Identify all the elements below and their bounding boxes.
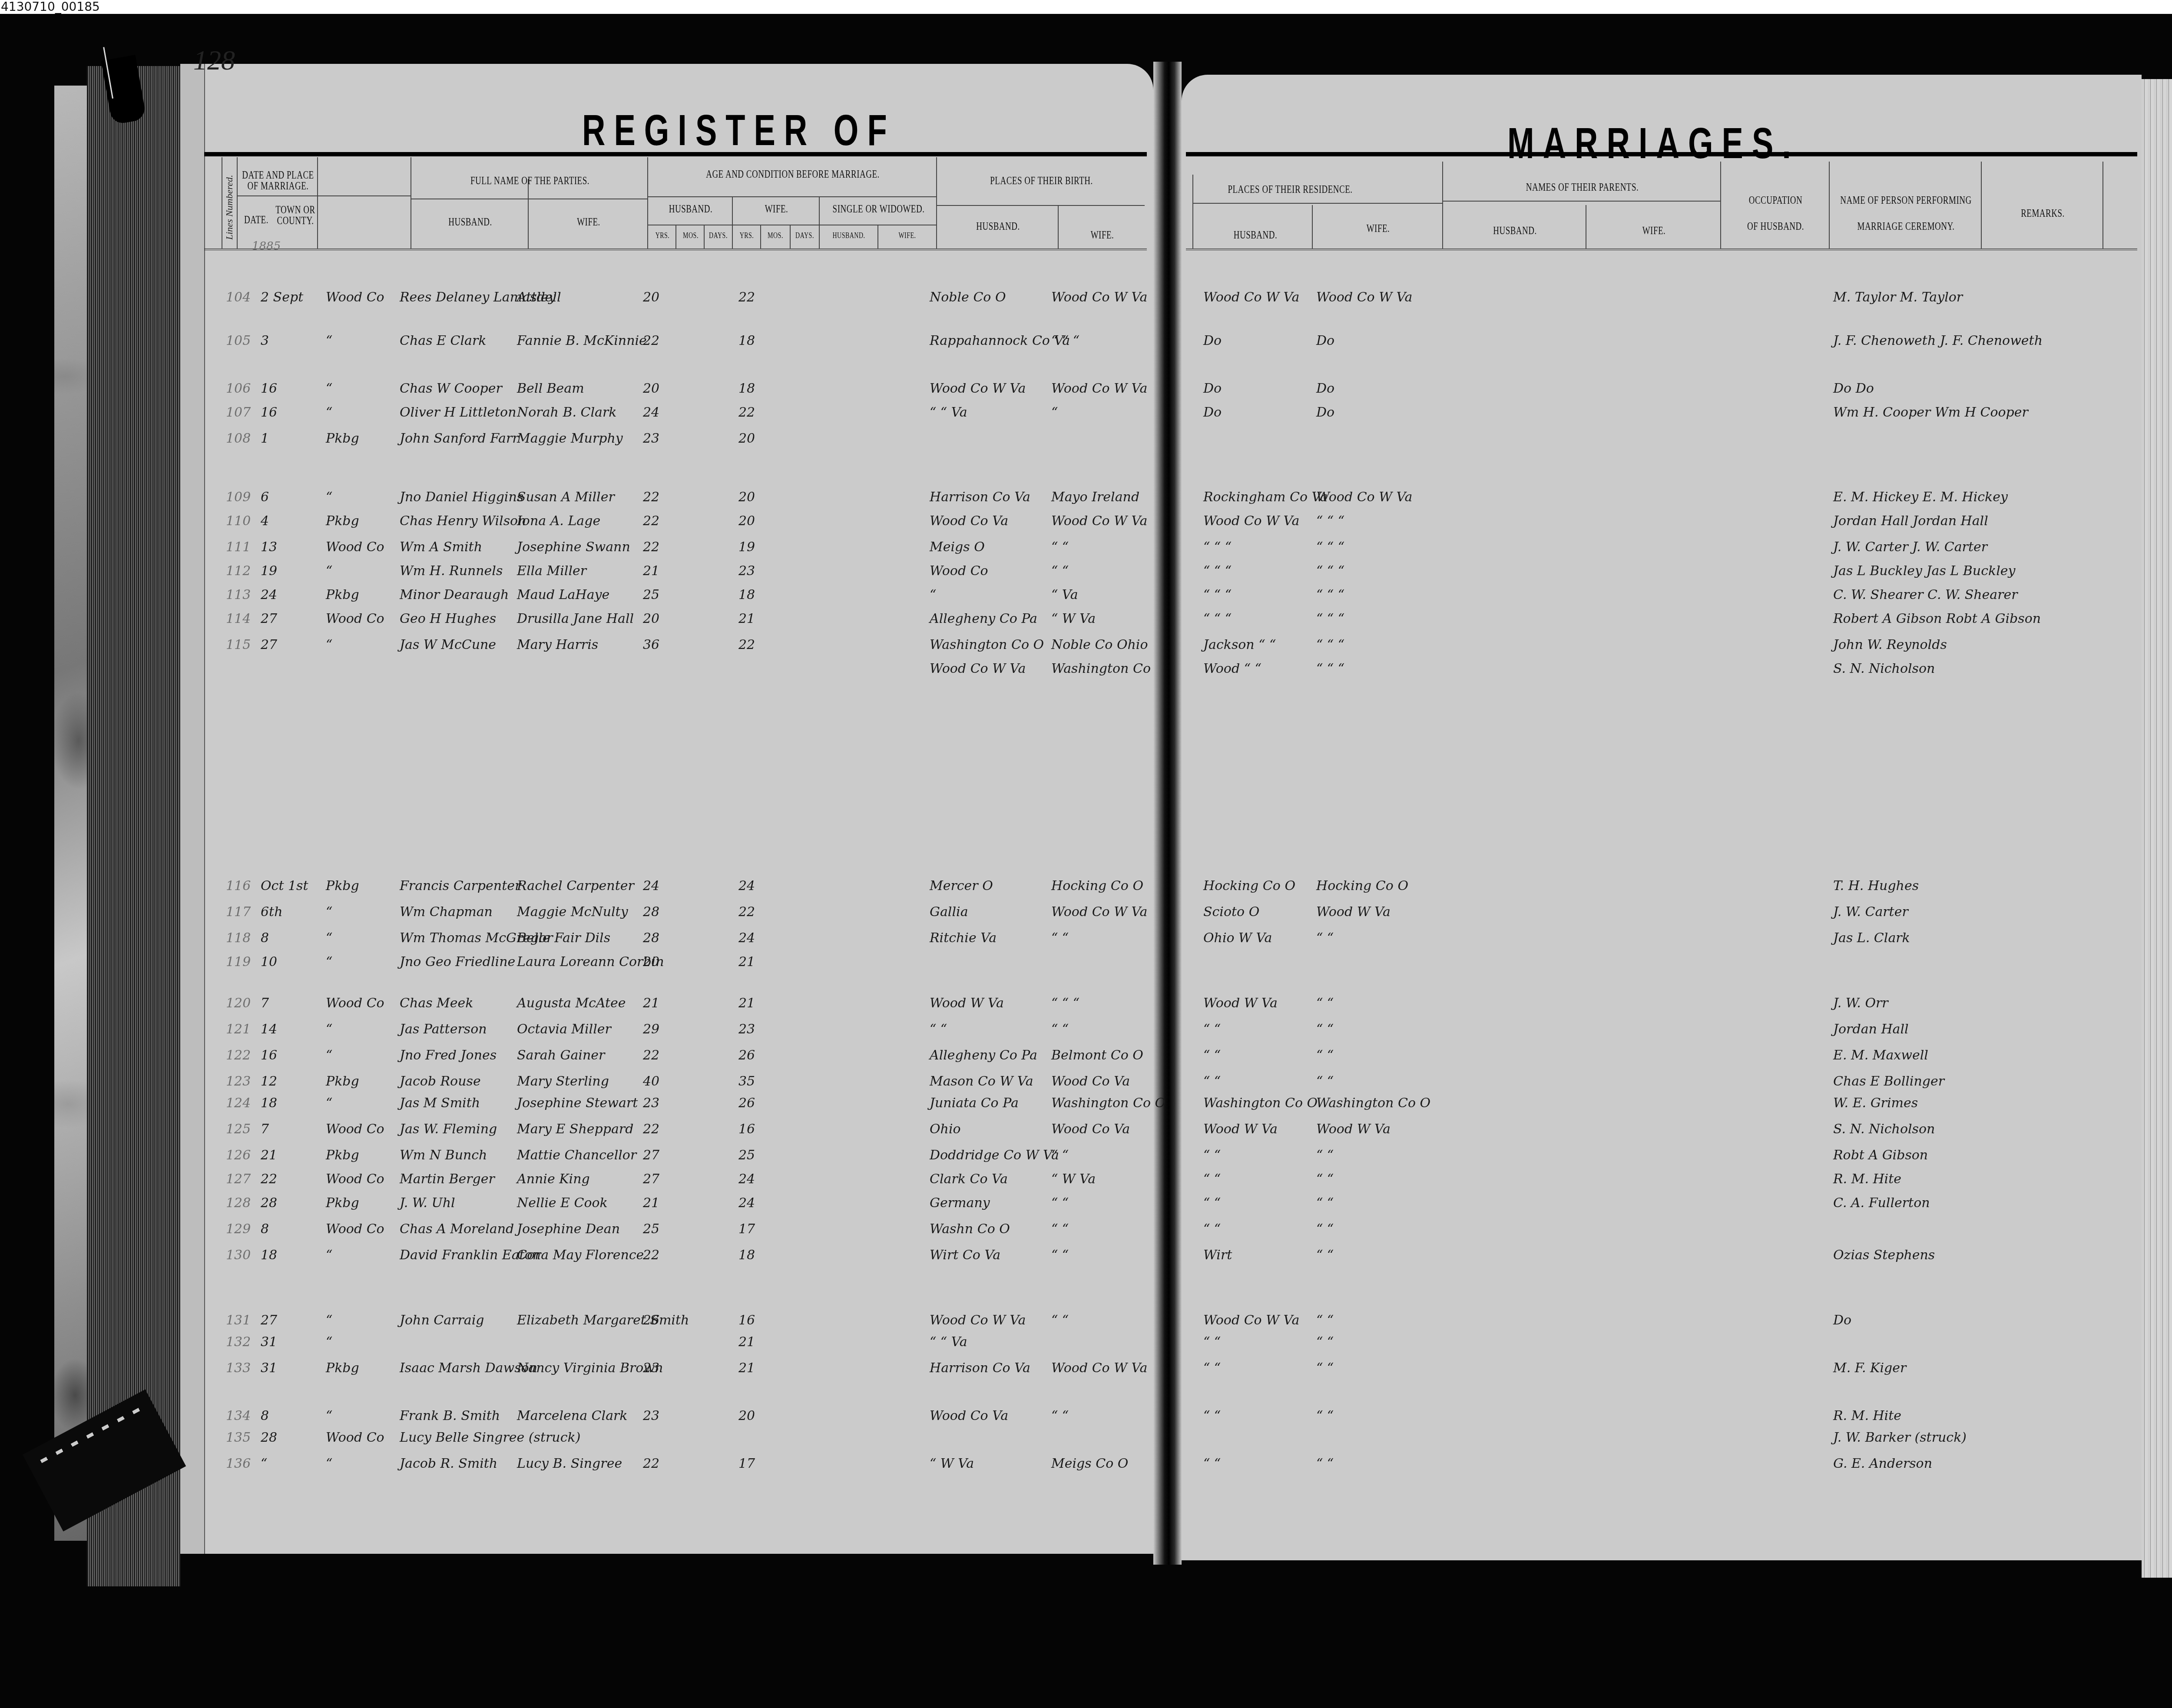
entry-wife-age: 24 <box>738 1195 755 1211</box>
entry-wife: Iona A. Lage <box>517 513 600 529</box>
entry-wife: Maggie McNulty <box>517 904 628 920</box>
entry-husband-residence: “ “ <box>1203 1456 1221 1471</box>
entry-wife: Maggie Murphy <box>517 431 623 446</box>
entry-husband-residence: Do <box>1203 381 1222 396</box>
entry-officiant: Ozias Stephens <box>1833 1248 1935 1263</box>
entry-wife-residence: “ “ “ <box>1316 540 1344 555</box>
entry-husband-age: 20 <box>643 381 659 396</box>
entry-place: “ <box>326 1408 332 1423</box>
year: 1885 <box>252 240 281 253</box>
col-divider <box>1442 162 1443 248</box>
header-rule-top-right <box>1186 152 2137 156</box>
entry-wife-age: 18 <box>738 587 755 602</box>
book-gutter <box>1153 62 1182 1565</box>
entry-husband-age: 22 <box>643 1248 659 1263</box>
entry-wife-birthplace: Wood Co W Va <box>1051 513 1147 529</box>
line-number: 105 <box>226 333 251 348</box>
entry-date: 13 <box>261 540 277 555</box>
header-birth-places: PLACES OF THEIR BIRTH. <box>938 175 1145 187</box>
entry-wife: Octavia Miller <box>517 1022 611 1037</box>
entry-husband-age: 24 <box>643 405 659 420</box>
entry-husband-residence: “ “ “ <box>1203 587 1232 602</box>
entry-wife: Susan A Miller <box>517 490 615 505</box>
entry-wife-residence: “ “ <box>1316 1048 1334 1063</box>
entry-wife-residence: “ “ <box>1316 1195 1334 1211</box>
entry-husband-residence: Wood Co W Va <box>1203 1313 1299 1328</box>
entry-wife-birthplace: “ Va <box>1051 587 1078 602</box>
entry-wife-birthplace: “ “ <box>1051 540 1069 555</box>
entry-husband-birthplace: “ “ <box>930 1022 947 1037</box>
entry-wife-residence: “ “ <box>1316 930 1334 946</box>
entry-wife: Belle Fair Dils <box>517 930 610 946</box>
page-stack-right <box>2142 79 2172 1578</box>
entry-wife-birthplace: Wood Co W Va <box>1051 290 1147 305</box>
line-number: 127 <box>226 1172 251 1187</box>
entry-date: 18 <box>261 1248 277 1263</box>
entry-husband-age: 22 <box>643 490 659 505</box>
entry-wife: Nancy Virginia Brown <box>517 1360 663 1376</box>
entry-date: 28 <box>261 1430 277 1445</box>
entry-husband-residence: Wood “ “ <box>1203 661 1261 676</box>
entry-husband: Chas Meek <box>400 996 473 1011</box>
entry-wife-birthplace: “ “ <box>1051 563 1069 579</box>
entry-place: “ <box>326 904 332 920</box>
entry-husband-age: 23 <box>643 431 659 446</box>
entry-place: Wood Co <box>326 1122 384 1137</box>
entry-husband-age: 20 <box>643 611 659 626</box>
header-town-county: TOWN OR COUNTY. <box>274 204 317 226</box>
header-age-wife: WIFE. <box>734 204 819 215</box>
entry-date: 16 <box>261 381 277 396</box>
entry-date: 8 <box>261 930 269 946</box>
entry-husband-residence: Hocking Co O <box>1203 878 1295 894</box>
line-number: 109 <box>226 490 251 505</box>
entry-officiant: W. E. Grimes <box>1833 1096 1918 1111</box>
entry-wife-residence: “ “ <box>1316 1172 1334 1187</box>
header-residence: PLACES OF THEIR RESIDENCE. <box>1199 184 1381 195</box>
col-divider <box>1192 175 1193 248</box>
entry-wife: Augusta McAtee <box>517 996 626 1011</box>
entry-husband-residence: Wood W Va <box>1203 1122 1278 1137</box>
line-number: 111 <box>226 540 251 555</box>
entry-date: 6th <box>261 904 282 920</box>
entry-husband: Jas Patterson <box>400 1022 487 1037</box>
entry-wife-birthplace: Hocking Co O <box>1051 878 1143 894</box>
entry-wife-residence: Wood W Va <box>1316 1122 1391 1137</box>
entry-husband-birthplace: Wood Co Va <box>930 1408 1008 1423</box>
entry-place: “ <box>326 954 332 970</box>
entry-place: “ <box>326 1096 332 1111</box>
entry-husband: Chas W Cooper <box>400 381 502 396</box>
entry-husband: John Carraig <box>400 1313 484 1328</box>
entry-husband-residence: “ “ <box>1203 1074 1221 1089</box>
entry-husband-residence: Wirt <box>1203 1248 1232 1263</box>
entry-wife-residence: “ “ <box>1316 1408 1334 1423</box>
entry-husband-age: 23 <box>643 1360 659 1376</box>
line-number: 128 <box>226 1195 251 1211</box>
entry-wife: Josephine Dean <box>517 1221 620 1237</box>
entry-officiant: C. W. Shearer C. W. Shearer <box>1833 587 2018 602</box>
entry-husband-age: 28 <box>643 904 659 920</box>
entry-husband-residence: “ “ <box>1203 1048 1221 1063</box>
entry-husband-birthplace: Wood Co W Va <box>930 661 1026 676</box>
line-number: 104 <box>226 290 251 305</box>
entry-date: 22 <box>261 1172 277 1187</box>
entry-husband: Frank B. Smith <box>400 1408 500 1423</box>
entry-wife-birthplace: “ “ <box>1051 1148 1069 1163</box>
entry-husband-birthplace: Mason Co W Va <box>930 1074 1033 1089</box>
entry-husband-birthplace: Ritchie Va <box>930 930 997 946</box>
line-number: 119 <box>226 954 251 970</box>
line-number: 122 <box>226 1048 251 1063</box>
entry-officiant: C. A. Fullerton <box>1833 1195 1930 1211</box>
entry-date: 27 <box>261 1313 277 1328</box>
entry-husband-birthplace: Ohio <box>930 1122 961 1137</box>
entry-officiant: J. F. Chenoweth J. F. Chenoweth <box>1833 333 2043 348</box>
entry-husband-residence: Do <box>1203 405 1222 420</box>
entry-husband-residence: “ “ <box>1203 1334 1221 1350</box>
entry-wife-age: 21 <box>738 996 755 1011</box>
entry-wife: Cora May Florence <box>517 1248 644 1263</box>
entry-place: Pkbg <box>326 587 359 602</box>
entry-wife: Ella Miller <box>517 563 586 579</box>
col-divider <box>2102 162 2103 248</box>
entry-husband: Wm A Smith <box>400 540 482 555</box>
entry-wife-age: 23 <box>738 1022 755 1037</box>
entry-husband-residence: Rockingham Co Va <box>1203 490 1328 505</box>
line-number: 110 <box>226 513 251 529</box>
header-performer-2: MARRIAGE CEREMONY. <box>1831 221 1981 232</box>
line-number: 136 <box>226 1456 251 1471</box>
entry-date: 2 Sept <box>261 290 303 305</box>
entry-wife-residence: Hocking Co O <box>1316 878 1408 894</box>
header-performer: NAME OF PERSON PERFORMING <box>1831 195 1981 206</box>
entry-wife-birthplace: Wood Co Va <box>1051 1122 1130 1137</box>
entry-husband-residence: “ “ <box>1203 1022 1221 1037</box>
header-birth-husband: HUSBAND. <box>938 221 1058 232</box>
entry-husband-birthplace: Noble Co O <box>930 290 1006 305</box>
line-number: 108 <box>226 431 251 446</box>
entry-wife-residence: Do <box>1316 405 1334 420</box>
entry-wife-residence: “ “ <box>1316 1360 1334 1376</box>
entry-place: “ <box>326 1313 332 1328</box>
col-divider <box>1981 162 1982 248</box>
line-number: 131 <box>226 1313 251 1328</box>
entry-date: 10 <box>261 954 277 970</box>
entry-place: “ <box>326 1248 332 1263</box>
entry-place: “ <box>326 637 332 652</box>
entry-wife: Maud LaHaye <box>517 587 609 602</box>
entry-wife-age: 22 <box>738 904 755 920</box>
line-number: 130 <box>226 1248 251 1263</box>
header-parents-wife: WIFE. <box>1588 225 1720 237</box>
entry-wife-residence: “ “ <box>1316 996 1334 1011</box>
entry-officiant: Robert A Gibson Robt A Gibson <box>1833 611 2041 626</box>
entry-wife: Mary Harris <box>517 637 598 652</box>
entry-husband-birthplace: Wood W Va <box>930 996 1004 1011</box>
entry-husband-age: 27 <box>643 1172 659 1187</box>
entry-husband-age: 22 <box>643 1456 659 1471</box>
entry-wife-residence: “ “ <box>1316 1022 1334 1037</box>
line-number: 107 <box>226 405 251 420</box>
entry-wife: Bell Beam <box>517 381 584 396</box>
entry-wife: Nellie E Cook <box>517 1195 608 1211</box>
row-divider <box>237 195 411 196</box>
entry-wife-birthplace: “ “ <box>1051 1248 1069 1263</box>
entry-wife-age: 19 <box>738 540 755 555</box>
entry-wife-birthplace: “ “ <box>1051 1408 1069 1423</box>
entry-wife-age: 24 <box>738 930 755 946</box>
entry-wife-residence: “ “ “ <box>1316 637 1344 652</box>
entry-wife-age: 18 <box>738 381 755 396</box>
entry-officiant: Jordan Hall <box>1833 1022 1909 1037</box>
entry-officiant: Do <box>1833 1313 1851 1328</box>
entry-husband-residence: Wood Co W Va <box>1203 290 1299 305</box>
header-sw-husband: Husband. <box>820 232 877 241</box>
entry-date: 19 <box>261 563 277 579</box>
entry-husband-age: 23 <box>643 1408 659 1423</box>
entry-wife-residence: Do <box>1316 381 1334 396</box>
entry-wife: Josephine Swann <box>517 540 630 555</box>
entry-husband-birthplace: Wirt Co Va <box>930 1248 1000 1263</box>
header-days-wife: Days. <box>791 232 819 241</box>
entry-officiant: T. H. Hughes <box>1833 878 1919 894</box>
header-age-condition: AGE AND CONDITION BEFORE MARRIAGE. <box>649 169 936 180</box>
entry-officiant: Robt A Gibson <box>1833 1148 1928 1163</box>
entry-date: 21 <box>261 1148 277 1163</box>
line-number: 117 <box>226 904 251 920</box>
header-yrs-wife: Yrs. <box>733 232 760 241</box>
entry-husband-residence: “ “ “ <box>1203 611 1232 626</box>
entry-husband-birthplace: “ “ Va <box>930 405 967 420</box>
line-number: 114 <box>226 611 251 626</box>
header-occupation: OCCUPATION <box>1722 195 1829 206</box>
row-divider <box>411 199 647 199</box>
entry-officiant: J. W. Carter J. W. Carter <box>1833 540 1987 555</box>
line-number: 129 <box>226 1221 251 1237</box>
header-rule-bottom-left <box>204 248 1147 250</box>
entry-wife-birthplace: “ <box>1051 405 1058 420</box>
entry-date: 27 <box>261 637 277 652</box>
page-title-left: REGISTER OF <box>582 105 896 155</box>
entry-date: 16 <box>261 1048 277 1063</box>
line-number: 135 <box>226 1430 251 1445</box>
entry-wife: Drusilla Jane Hall <box>517 611 634 626</box>
entry-wife-birthplace: “ W Va <box>1051 1172 1096 1187</box>
entry-husband-birthplace: “ “ Va <box>930 1334 967 1350</box>
entry-wife-age: 20 <box>738 513 755 529</box>
entry-husband-age: 20 <box>643 954 659 970</box>
col-divider <box>411 157 411 248</box>
col-divider <box>1720 162 1721 248</box>
entry-wife-birthplace: Wood Co W Va <box>1051 904 1147 920</box>
header-husband: HUSBAND. <box>413 217 528 228</box>
entry-husband-residence: Wood W Va <box>1203 996 1278 1011</box>
entry-wife-residence: “ “ “ <box>1316 587 1344 602</box>
entry-husband: Oliver H Littleton <box>400 405 516 420</box>
entry-husband-birthplace: Meigs O <box>930 540 985 555</box>
entry-wife-age: 21 <box>738 1334 755 1350</box>
line-number: 133 <box>226 1360 251 1376</box>
entry-husband-birthplace: Washn Co O <box>930 1221 1010 1237</box>
entry-husband-residence: “ “ <box>1203 1360 1221 1376</box>
header-lines-numbered: Lines Numbered. <box>224 175 235 240</box>
row-divider <box>647 196 936 197</box>
entry-husband: Wm N Bunch <box>400 1148 487 1163</box>
entry-officiant: E. M. Maxwell <box>1833 1048 1928 1063</box>
entry-wife-age: 23 <box>738 563 755 579</box>
entry-place: “ <box>326 405 332 420</box>
entry-date: 8 <box>261 1221 269 1237</box>
file-label: 4130710_00185 <box>0 0 2172 14</box>
col-divider <box>222 157 222 248</box>
entry-husband-age: 20 <box>643 290 659 305</box>
entry-officiant: M. Taylor M. Taylor <box>1833 290 1963 305</box>
entry-date: 6 <box>261 490 269 505</box>
line-number: 126 <box>226 1148 251 1163</box>
entry-wife-residence: “ “ <box>1316 1334 1334 1350</box>
entry-place: “ <box>326 490 332 505</box>
entry-husband: John Sanford Farr <box>400 431 519 446</box>
entry-husband-birthplace: “ <box>930 587 936 602</box>
entry-husband-residence: Ohio W Va <box>1203 930 1272 946</box>
line-number: 121 <box>226 1022 251 1037</box>
entry-husband-residence: Scioto O <box>1203 904 1259 920</box>
entry-wife-age: 35 <box>738 1074 755 1089</box>
entry-wife-age: 26 <box>738 1048 755 1063</box>
entry-wife-birthplace: “ “ <box>1051 1313 1069 1328</box>
entry-place: “ <box>326 563 332 579</box>
entry-officiant: R. M. Hite <box>1833 1408 1901 1423</box>
col-divider <box>936 157 937 248</box>
entry-wife-residence: “ “ <box>1316 1248 1334 1263</box>
entry-place: Wood Co <box>326 1172 384 1187</box>
col-divider <box>1058 205 1059 248</box>
entry-husband-residence: “ “ <box>1203 1148 1221 1163</box>
header-mos: Mos. <box>678 232 704 241</box>
entry-husband-age: 22 <box>643 1048 659 1063</box>
entry-wife-age: 24 <box>738 1172 755 1187</box>
entry-date: 8 <box>261 1408 269 1423</box>
page-number: 128 <box>193 44 235 76</box>
entry-husband: Jno Daniel Higgins <box>400 490 523 505</box>
entry-husband-age: 36 <box>643 637 659 652</box>
entry-wife-age: 20 <box>738 431 755 446</box>
entry-officiant: Jordan Hall Jordan Hall <box>1833 513 1988 529</box>
entry-husband: Martin Berger <box>400 1172 495 1187</box>
entry-wife-residence: “ “ “ <box>1316 611 1344 626</box>
entry-wife-age: 22 <box>738 637 755 652</box>
entry-wife: Rachel Carpenter <box>517 878 634 894</box>
entry-place: “ <box>326 930 332 946</box>
entry-husband-residence: “ “ “ <box>1203 563 1232 579</box>
line-number: 118 <box>226 930 251 946</box>
entry-wife-residence: Washington Co O <box>1316 1096 1430 1111</box>
header-rule-bottom-right <box>1186 248 2137 250</box>
entry-husband: Jas M Smith <box>400 1096 480 1111</box>
entry-husband-residence: Wood Co W Va <box>1203 513 1299 529</box>
entry-date: 28 <box>261 1195 277 1211</box>
entry-wife-birthplace: “ “ “ <box>1051 996 1079 1011</box>
entry-wife-residence: “ “ <box>1316 1148 1334 1163</box>
entry-husband-age: 26 <box>643 1313 659 1328</box>
entry-date: 7 <box>261 1122 269 1137</box>
col-divider <box>1829 162 1830 248</box>
entry-date: 14 <box>261 1022 277 1037</box>
entry-wife-birthplace: Belmont Co O <box>1051 1048 1143 1063</box>
entry-wife-age: 18 <box>738 333 755 348</box>
entry-wife-birthplace: “ “ <box>1051 1195 1069 1211</box>
entry-husband-age: 25 <box>643 1221 659 1237</box>
entry-husband-birthplace: Allegheny Co Pa <box>930 611 1037 626</box>
entry-wife-birthplace: “ “ <box>1051 930 1069 946</box>
entry-husband: Jno Fred Jones <box>400 1048 497 1063</box>
entry-wife-age: 20 <box>738 1408 755 1423</box>
entry-place: Pkbg <box>326 1360 359 1376</box>
entry-date: 1 <box>261 431 269 446</box>
entry-officiant: J. W. Barker (struck) <box>1833 1430 1967 1445</box>
line-number: 120 <box>226 996 251 1011</box>
entry-officiant: J. W. Orr <box>1833 996 1888 1011</box>
entry-husband-birthplace: Gallia <box>930 904 968 920</box>
entry-husband-age: 21 <box>643 563 659 579</box>
entry-wife-age: 21 <box>738 1360 755 1376</box>
entry-date: 31 <box>261 1334 277 1350</box>
entry-husband-birthplace: Allegheny Co Pa <box>930 1048 1037 1063</box>
entry-place: Wood Co <box>326 611 384 626</box>
entry-husband-age: 22 <box>643 333 659 348</box>
entry-wife-residence: “ “ <box>1316 1074 1334 1089</box>
entry-husband-birthplace: Rappahannock Co Va <box>930 333 1070 348</box>
row-divider <box>1442 201 1720 202</box>
entry-wife: Elizabeth Margaret Smith <box>517 1313 689 1328</box>
entry-husband: Jno Geo Friedline <box>400 954 515 970</box>
entry-wife-age: 21 <box>738 611 755 626</box>
line-number: 113 <box>226 587 251 602</box>
header-res-husband: HUSBAND. <box>1199 230 1312 241</box>
header-date: DATE. <box>239 215 274 226</box>
entry-wife-birthplace: Meigs Co O <box>1051 1456 1128 1471</box>
entry-wife: Sarah Gainer <box>517 1048 605 1063</box>
entry-husband: Jacob Rouse <box>400 1074 481 1089</box>
entry-wife-age: 22 <box>738 290 755 305</box>
entry-wife-birthplace: “ “ “ <box>1051 333 1079 348</box>
entry-officiant: Do Do <box>1833 381 1874 396</box>
header-mos-wife: Mos. <box>761 232 790 241</box>
page-title-right: MARRIAGES. <box>1507 118 1800 168</box>
col-divider <box>1586 205 1586 248</box>
header-remarks: REMARKS. <box>1983 208 2102 219</box>
entry-wife-birthplace: Mayo Ireland <box>1051 490 1139 505</box>
col-divider <box>528 179 529 248</box>
header-parents: NAMES OF THEIR PARENTS. <box>1444 182 1720 193</box>
col-divider <box>732 196 733 248</box>
entry-wife-birthplace: Wood Co Va <box>1051 1074 1130 1089</box>
header-occupation-2: OF HUSBAND. <box>1722 221 1829 232</box>
entry-wife-residence: “ “ <box>1316 1456 1334 1471</box>
entry-date: 27 <box>261 611 277 626</box>
entry-place: Wood Co <box>326 540 384 555</box>
entry-husband-birthplace: Washington Co O <box>930 637 1044 652</box>
entry-husband: Chas Henry Wilson <box>400 513 526 529</box>
header-single-widowed: SINGLE or WIDOWED. <box>821 204 936 215</box>
entry-wife-residence: Wood Co W Va <box>1316 290 1412 305</box>
entry-date: 7 <box>261 996 269 1011</box>
entry-husband: J. W. Uhl <box>400 1195 455 1211</box>
entry-husband: Jas W. Fleming <box>400 1122 497 1137</box>
header-full-name: FULL NAME OF THE PARTIES. <box>413 175 647 187</box>
entry-wife-residence: “ “ <box>1316 1221 1334 1237</box>
